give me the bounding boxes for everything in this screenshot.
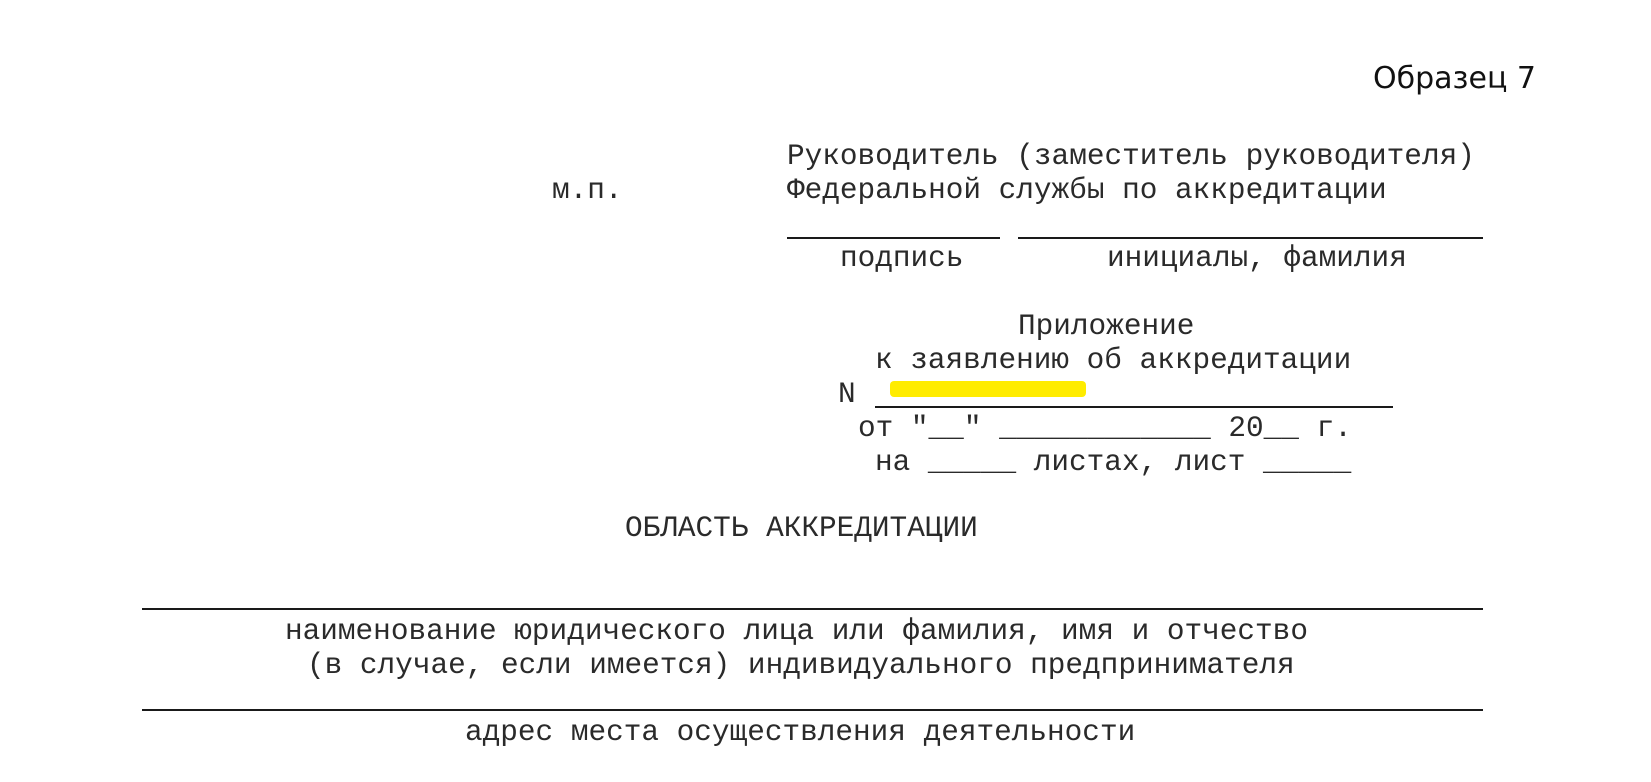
application-date-line[interactable]: от "__" ____________ 20__ г. [858,414,1352,443]
legal-entity-caption-line2: (в случае, если имеется) индивидуального… [307,651,1295,680]
signature-field[interactable] [787,237,1000,239]
appendix-subheading: к заявлению об аккредитации [875,346,1351,375]
legal-entity-name-field[interactable] [142,608,1483,610]
approval-title-line1: Руководитель (заместитель руководителя) [787,142,1475,171]
appendix-heading: Приложение [1018,312,1194,341]
legal-entity-caption-line1: наименование юридического лица или фамил… [285,617,1308,646]
signature-caption: подпись [840,244,963,273]
initials-surname-caption: инициалы, фамилия [1107,244,1407,273]
stamp-place-label: м.п. [552,176,623,205]
activity-address-caption: адрес места осуществления деятельности [465,718,1135,747]
initials-surname-field[interactable] [1018,237,1483,239]
highlighted-application-number [890,381,1086,397]
document-title: ОБЛАСТЬ АККРЕДИТАЦИИ [625,514,978,543]
activity-address-field[interactable] [142,709,1483,711]
application-number-prefix: N [838,380,856,409]
document-page: Образец 7 Руководитель (заместитель руко… [0,0,1651,782]
sample-label: Образец 7 [1373,64,1536,94]
sheets-count-line[interactable]: на _____ листах, лист _____ [875,448,1351,477]
application-number-field[interactable] [875,406,1393,408]
approval-title-line2: Федеральной службы по аккредитации [787,176,1387,205]
